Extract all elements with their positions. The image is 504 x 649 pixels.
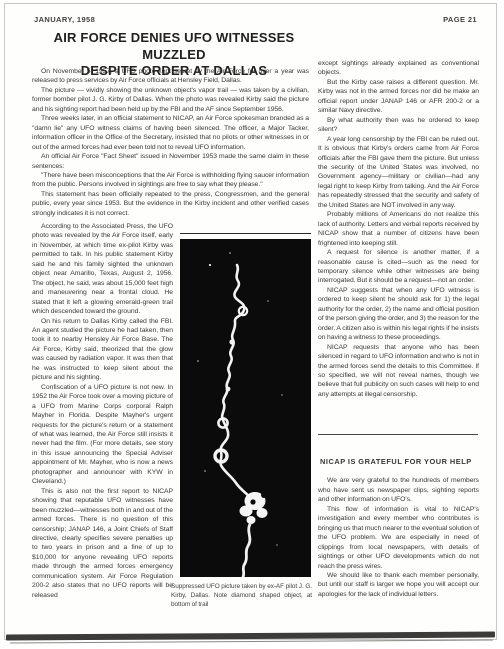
article-title-line1: AIR FORCE DENIES UFO WITNESSES MUZZLED — [28, 30, 320, 63]
page-number: PAGE 21 — [443, 15, 477, 24]
intro-paragraph: This statement has been officially repea… — [32, 190, 309, 218]
left-paragraph: According to the Associated Press, the U… — [32, 222, 173, 317]
right-paragraph: But the Kirby case raises a different qu… — [318, 78, 479, 116]
right-paragraph: A request for silence is another matter,… — [318, 248, 479, 286]
intro-paragraph: "There have been misconceptions that the… — [32, 171, 309, 190]
scan-bottom-shadow — [10, 640, 493, 644]
photo-top-rule — [180, 233, 311, 234]
photo-caption: Suppressed UFO picture taken by ex-AF pi… — [171, 583, 312, 609]
help-paragraph: We should like to thank each member pers… — [318, 571, 479, 599]
right-paragraph: A year long censorship by the FBI can be… — [318, 135, 479, 211]
intro-paragraph: An official Air Force "Fact Sheet" issue… — [32, 152, 309, 171]
intro-paragraph: On November 5, 1957, a UFO photo kept se… — [32, 67, 309, 86]
help-section: NICAP IS GRATEFUL FOR YOUR HELP We are v… — [318, 457, 479, 619]
intro-paragraph: The picture — vividly showing the unknow… — [32, 86, 309, 114]
left-paragraph: On his return to Dallas Kirby called the… — [32, 317, 173, 383]
right-column: except sightings already explained as co… — [318, 59, 479, 433]
right-paragraph: NICAP requests that anyone who has been … — [318, 343, 479, 400]
help-section-heading: NICAP IS GRATEFUL FOR YOUR HELP — [320, 457, 479, 466]
ufo-photo — [180, 239, 311, 577]
section-divider-rule — [318, 434, 478, 435]
right-paragraph: except sightings already explained as co… — [318, 59, 479, 78]
intro-paragraph: Three weeks later, in an official statem… — [32, 114, 309, 152]
right-paragraph: NICAP suggests that when any UFO witness… — [318, 286, 479, 343]
help-paragraph: We are very grateful to the hundreds of … — [318, 476, 479, 504]
left-paragraph: Confiscation of a UFO picture is not new… — [32, 383, 173, 487]
ufo-vapor-trail-image — [180, 239, 311, 577]
right-paragraph: By what authority then was he ordered to… — [318, 116, 479, 135]
intro-column: On November 5, 1957, a UFO photo kept se… — [32, 67, 309, 221]
left-paragraph: This is also not the first report to NIC… — [32, 487, 173, 600]
help-paragraph: This flow of information is vital to NIC… — [318, 505, 479, 571]
issue-date: JANUARY, 1958 — [34, 15, 95, 24]
right-paragraph: Probably millions of Americans do not re… — [318, 210, 479, 248]
left-column: According to the Associated Press, the U… — [32, 222, 173, 614]
